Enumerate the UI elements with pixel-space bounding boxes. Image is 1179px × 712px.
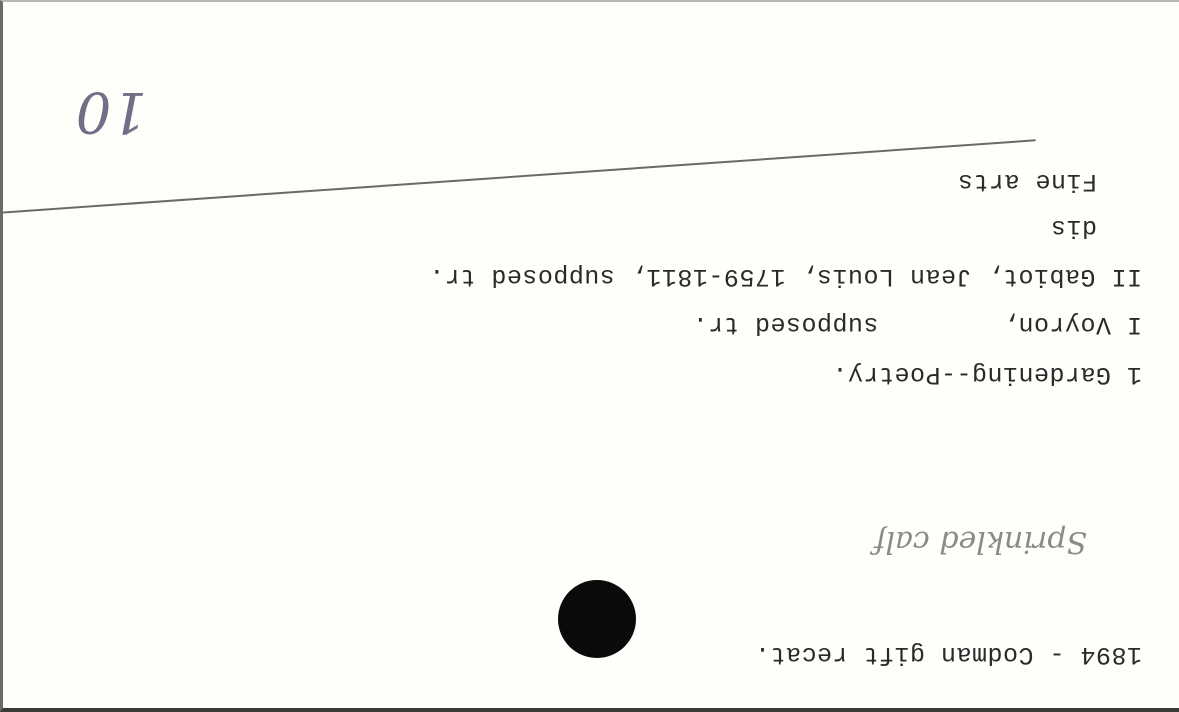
- dis-note: dis: [1050, 213, 1097, 242]
- tracing-added-entry-1: I Voyron, supposed tr.: [692, 310, 1142, 339]
- binding-note: Sprinkled calf: [874, 524, 1087, 559]
- punch-hole: [558, 580, 636, 658]
- catalog-card: 1894 - Codman gift recat. Sprinkled calf…: [0, 0, 1179, 712]
- handwritten-number: 10: [76, 79, 147, 144]
- rotated-card-content: 1894 - Codman gift recat. Sprinkled calf…: [3, 2, 1179, 712]
- struck-subject: Fine arts: [0, 167, 1097, 196]
- tracing-subject: 1 Gardening--Poetry.: [832, 360, 1142, 389]
- accession-line: 1894 - Codman gift recat.: [754, 640, 1142, 669]
- tracing-added-entry-2: II Gabiot, Jean Louis, 1759-1811, suppos…: [429, 262, 1142, 291]
